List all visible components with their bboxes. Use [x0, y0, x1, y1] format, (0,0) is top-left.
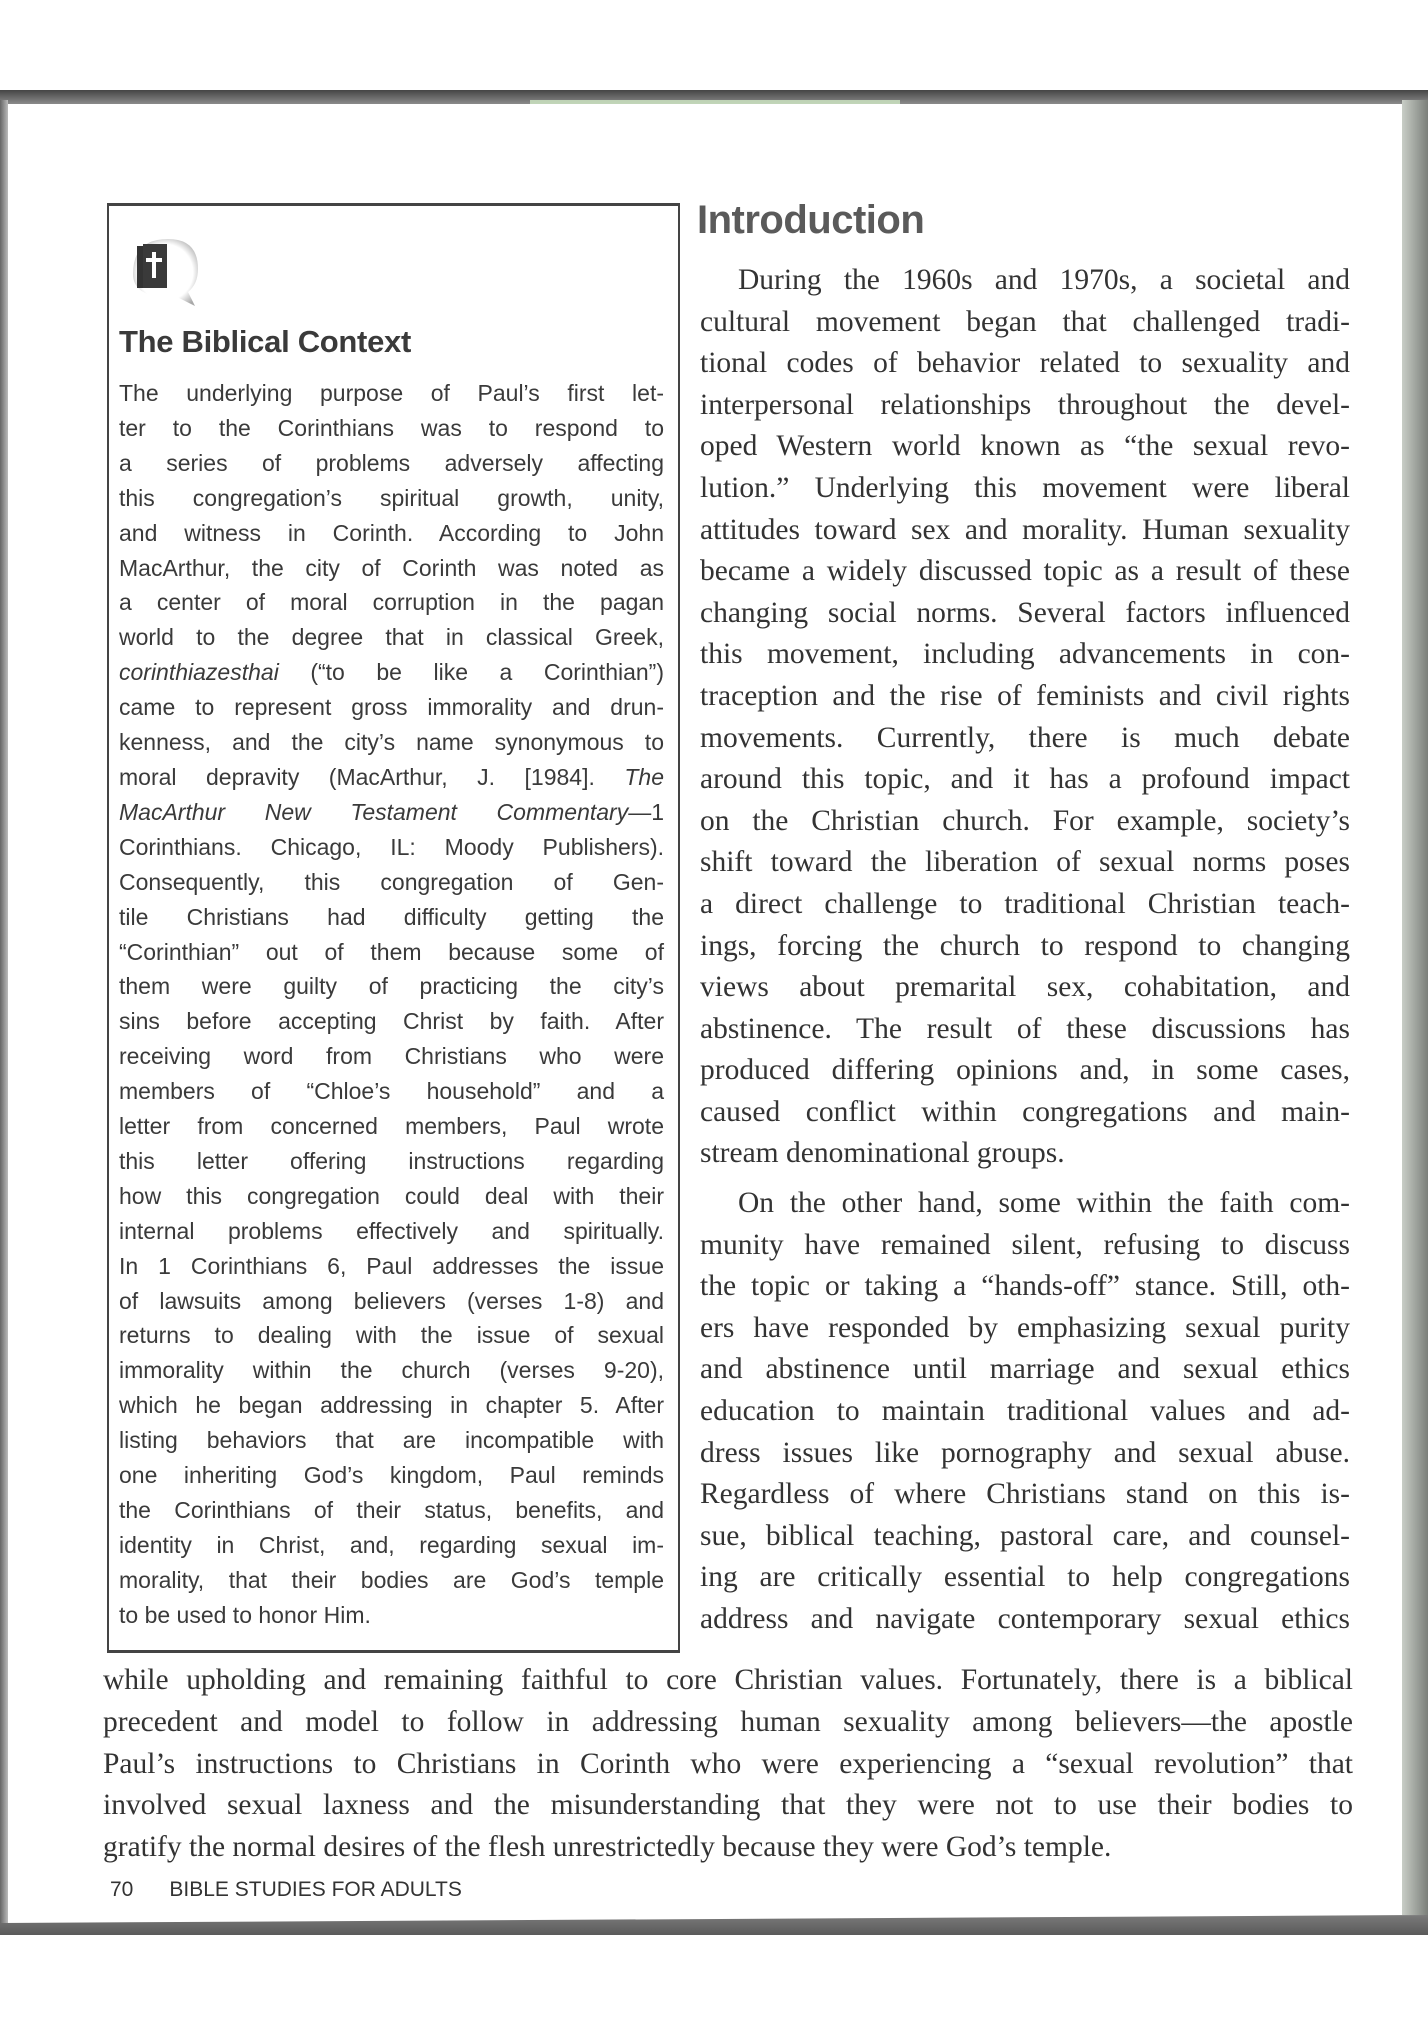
text-line: a series of problems adversely affecting	[119, 446, 664, 481]
book-title: MacArthur New Testament Commentary	[119, 799, 628, 825]
text-line: kenness, and the city’s name synonymous …	[119, 725, 664, 760]
text-line: while upholding and remaining faithful t…	[103, 1660, 1353, 1702]
text-line: and witness in Corinth. According to Joh…	[119, 516, 664, 551]
text-line: abstinence. The result of these discussi…	[700, 1009, 1350, 1051]
text-line: views about premarital sex, cohabitation…	[700, 967, 1350, 1009]
text-line: internal problems effectively and spirit…	[119, 1214, 664, 1249]
text-line: on the Christian church. For example, so…	[700, 801, 1350, 843]
text-line: listing behaviors that are incompatible …	[119, 1423, 664, 1458]
text-line: Regardless of where Christians stand on …	[700, 1474, 1350, 1516]
text-line: sins before accepting Christ by faith. A…	[119, 1004, 664, 1039]
text-line: sue, biblical teaching, pastoral care, a…	[700, 1516, 1350, 1558]
text-line: this movement, including advancements in…	[700, 634, 1350, 676]
introduction-continued: while upholding and remaining faithful t…	[103, 1660, 1353, 1869]
text-line: the topic or taking a “hands-off” stance…	[700, 1266, 1350, 1308]
text-line: munity have remained silent, refusing to…	[700, 1225, 1350, 1267]
text-line: which he began addressing in chapter 5. …	[119, 1388, 664, 1423]
text-line: this letter offering instructions regard…	[119, 1144, 664, 1179]
text-line: came to represent gross immorality and d…	[119, 690, 664, 725]
text-line: stream denominational groups.	[700, 1133, 1350, 1175]
text-line: MacArthur New Testament Commentary—1	[119, 795, 664, 830]
text-line: to be used to honor Him.	[119, 1598, 664, 1633]
text-line: precedent and model to follow in address…	[103, 1702, 1353, 1744]
scan-artifact	[530, 100, 900, 104]
text-line: On the other hand, some within the faith…	[700, 1183, 1350, 1225]
text-line: address and navigate contemporary sexual…	[700, 1599, 1350, 1641]
text-line: letter from concerned members, Paul wrot…	[119, 1109, 664, 1144]
bible-speech-bubble-icon	[123, 234, 203, 304]
text-line: of lawsuits among believers (verses 1-8)…	[119, 1284, 664, 1319]
text-line: this congregation’s spiritual growth, un…	[119, 481, 664, 516]
page-number: 70	[110, 1878, 133, 1902]
text-line: MacArthur, the city of Corinth was noted…	[119, 551, 664, 586]
text-line: identity in Christ, and, regarding sexua…	[119, 1528, 664, 1563]
text-line: around this topic, and it has a profound…	[700, 759, 1350, 801]
introduction-column: During the 1960s and 1970s, a societal a…	[700, 260, 1350, 1641]
book-title: The	[624, 764, 664, 790]
text-line: dress issues like pornography and sexual…	[700, 1433, 1350, 1475]
text-line: receiving word from Christians who were	[119, 1039, 664, 1074]
text-line: morality, that their bodies are God’s te…	[119, 1563, 664, 1598]
text-line: became a widely discussed topic as a res…	[700, 551, 1350, 593]
text-line: Consequently, this congregation of Gen-	[119, 865, 664, 900]
text-line: cultural movement began that challenged …	[700, 302, 1350, 344]
sidebar-body: The underlying purpose of Paul’s first l…	[119, 376, 664, 1633]
running-title: BIBLE STUDIES FOR ADULTS	[169, 1878, 462, 1902]
text-line: ter to the Corinthians was to respond to	[119, 411, 664, 446]
text-line: involved sexual laxness and the misunder…	[103, 1785, 1353, 1827]
text-line: ings, forcing the church to respond to c…	[700, 926, 1350, 968]
text-line: During the 1960s and 1970s, a societal a…	[700, 260, 1350, 302]
text-line: “Corinthian” out of them because some of	[119, 935, 664, 970]
scan-edge-right	[1402, 100, 1428, 1915]
text-line: changing social norms. Several factors i…	[700, 593, 1350, 635]
text-line: moral depravity (MacArthur, J. [1984]. T…	[119, 760, 664, 795]
biblical-context-sidebar: The Biblical Context The underlying purp…	[107, 203, 680, 1653]
greek-term: corinthiazesthai	[119, 659, 279, 685]
text-line: lution.” Underlying this movement were l…	[700, 468, 1350, 510]
text-line: produced differing opinions and, in some…	[700, 1050, 1350, 1092]
sidebar-title: The Biblical Context	[119, 324, 411, 360]
text-line: education to maintain traditional values…	[700, 1391, 1350, 1433]
text-line: interpersonal relationships throughout t…	[700, 385, 1350, 427]
text-line: returns to dealing with the issue of sex…	[119, 1318, 664, 1353]
text-line: the Corinthians of their status, benefit…	[119, 1493, 664, 1528]
text-line: a center of moral corruption in the paga…	[119, 585, 664, 620]
text-line: Corinthians. Chicago, IL: Moody Publishe…	[119, 830, 664, 865]
text-line: tile Christians had difficulty getting t…	[119, 900, 664, 935]
section-heading: Introduction	[697, 198, 924, 243]
text-line: tional codes of behavior related to sexu…	[700, 343, 1350, 385]
text-line: ers have responded by emphasizing sexual…	[700, 1308, 1350, 1350]
text-line: how this congregation could deal with th…	[119, 1179, 664, 1214]
text-line: a direct challenge to traditional Christ…	[700, 884, 1350, 926]
page-footer: 70 BIBLE STUDIES FOR ADULTS	[110, 1878, 462, 1902]
text-line: movements. Currently, there is much deba…	[700, 718, 1350, 760]
text-line: them were guilty of practicing the city’…	[119, 969, 664, 1004]
text-line: Paul’s instructions to Christians in Cor…	[103, 1744, 1353, 1786]
scan-edge-left	[0, 100, 8, 1930]
text-line: immorality within the church (verses 9-2…	[119, 1353, 664, 1388]
text-line: ing are critically essential to help con…	[700, 1557, 1350, 1599]
text-line: members of “Chloe’s household” and a	[119, 1074, 664, 1109]
text-line: The underlying purpose of Paul’s first l…	[119, 376, 664, 411]
text-line: corinthiazesthai (“to be like a Corinthi…	[119, 655, 664, 690]
text-line: oped Western world known as “the sexual …	[700, 426, 1350, 468]
text-line: traception and the rise of feminists and…	[700, 676, 1350, 718]
text-line: gratify the normal desires of the flesh …	[103, 1827, 1353, 1869]
text-line: caused conflict within congregations and…	[700, 1092, 1350, 1134]
text-line: In 1 Corinthians 6, Paul addresses the i…	[119, 1249, 664, 1284]
text-line: world to the degree that in classical Gr…	[119, 620, 664, 655]
text-line: one inheriting God’s kingdom, Paul remin…	[119, 1458, 664, 1493]
text-line: and abstinence until marriage and sexual…	[700, 1349, 1350, 1391]
text-line: attitudes toward sex and morality. Human…	[700, 510, 1350, 552]
text-line: shift toward the liberation of sexual no…	[700, 842, 1350, 884]
